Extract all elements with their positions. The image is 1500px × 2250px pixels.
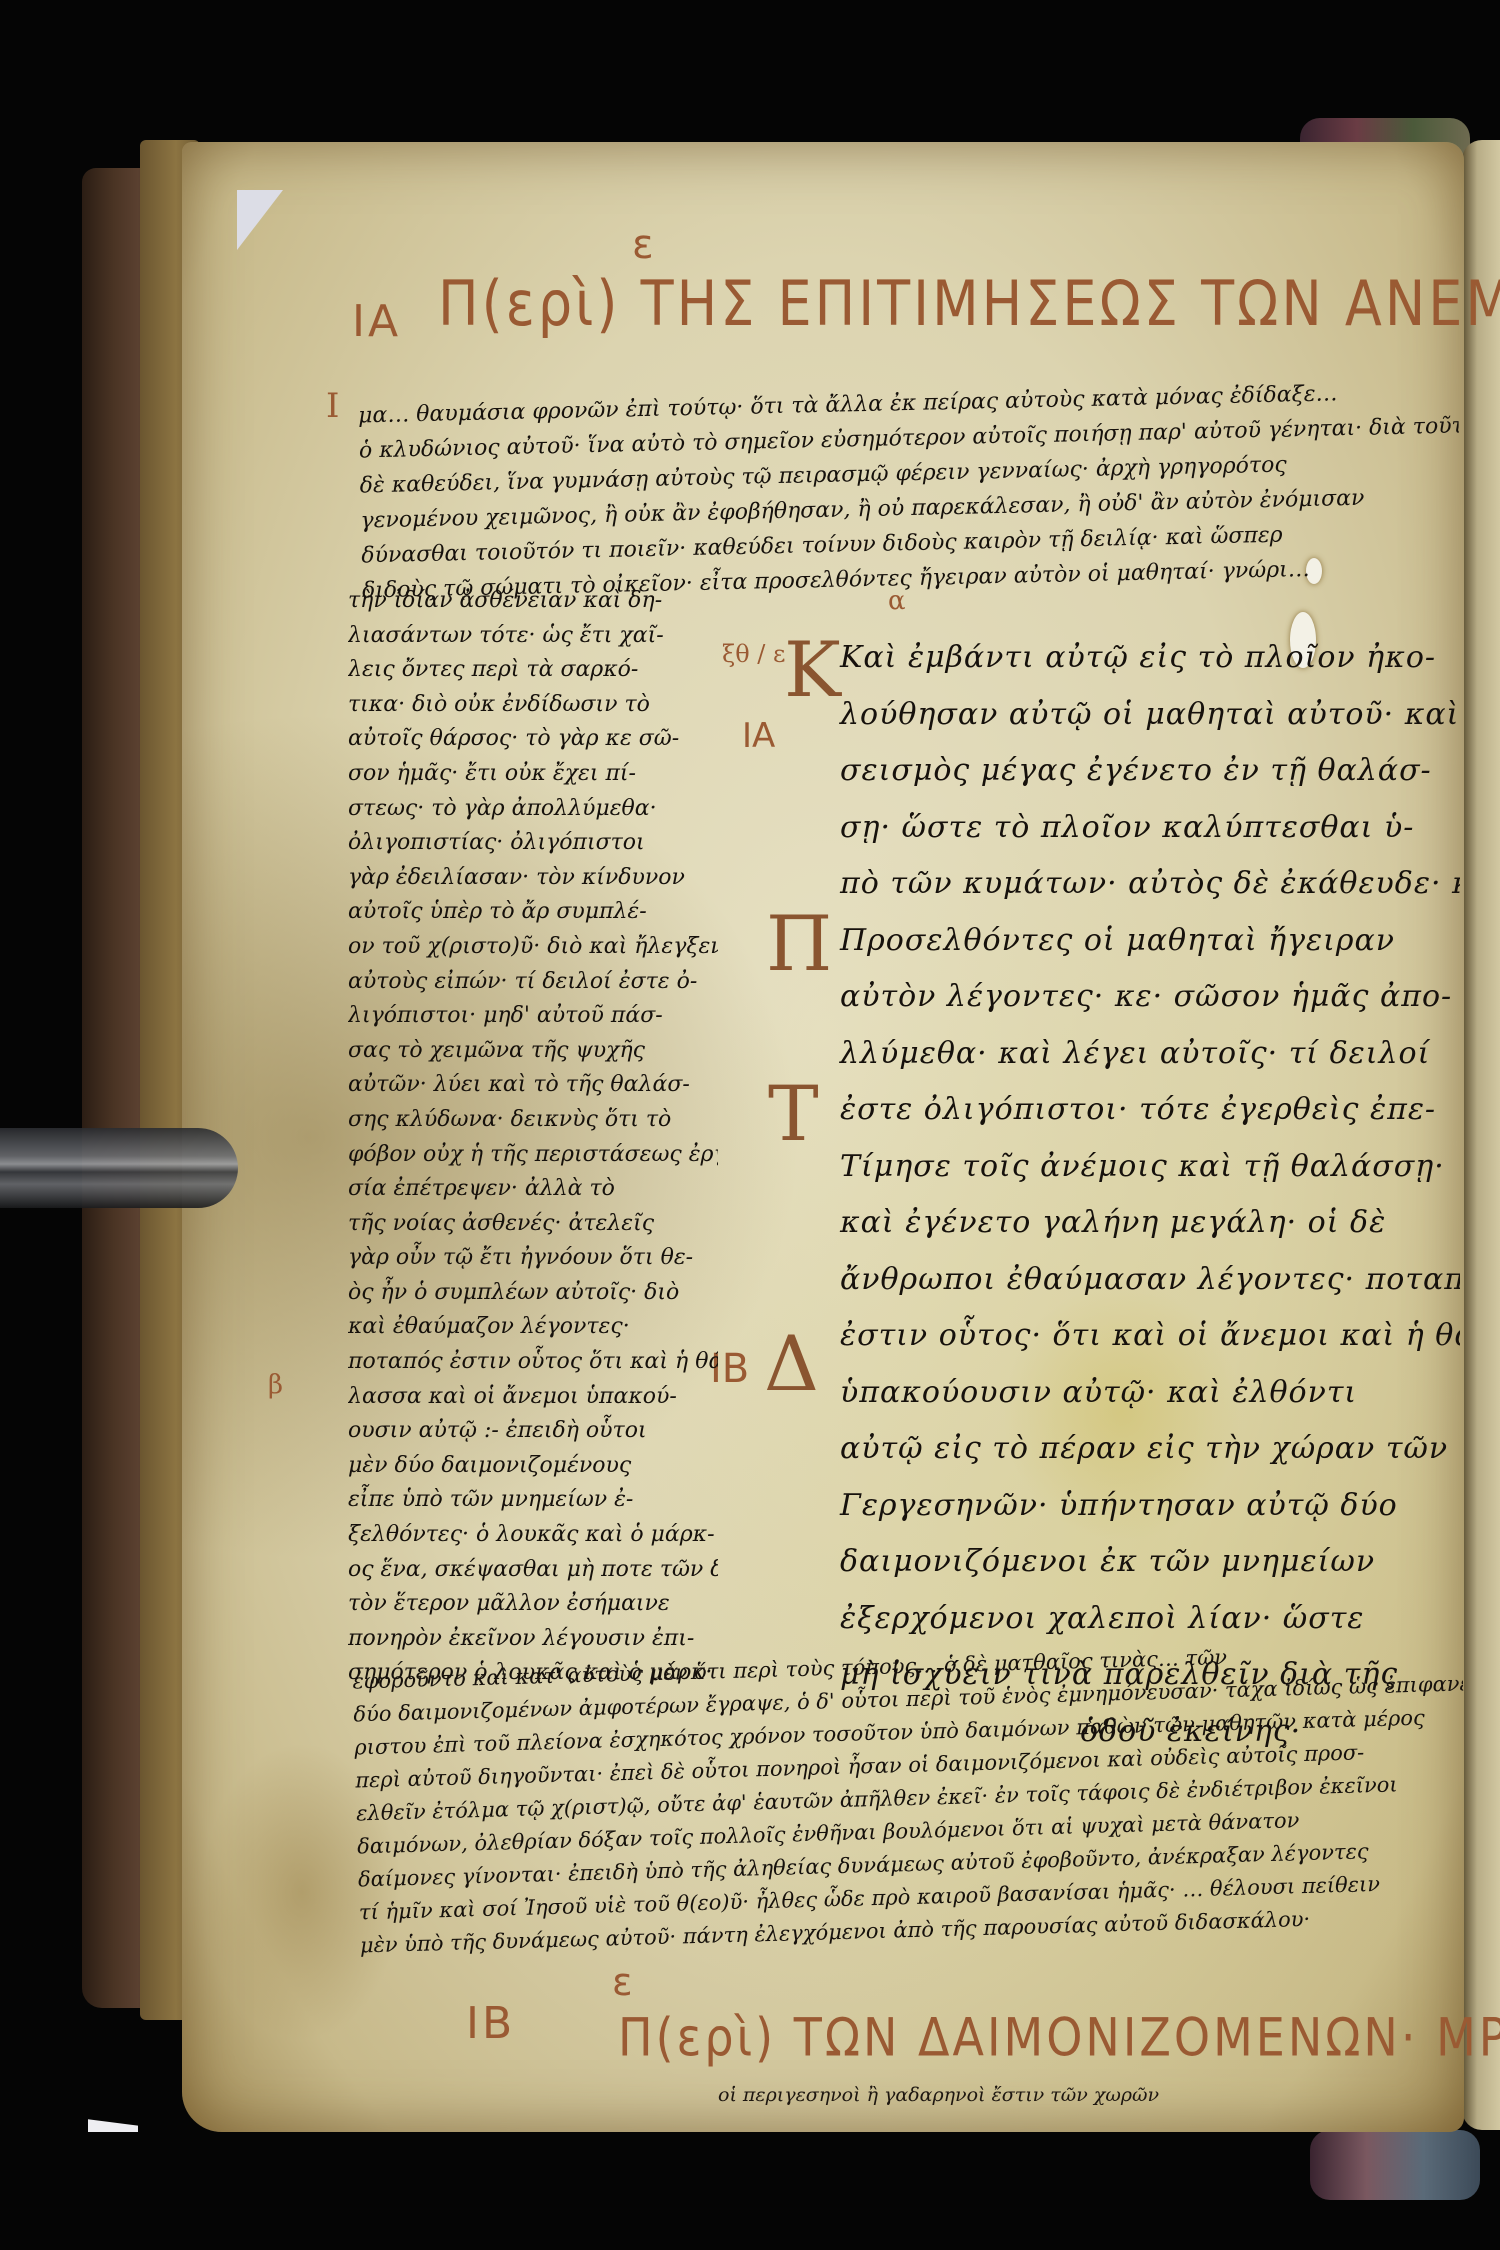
footer-annotation: οἱ περιγεσηνοὶ ἢ γαδαρηνοὶ ἔστιν τῶν χωρ… [718,2084,1159,2106]
gospel-main-text: Καὶ ἐμβάντι αὐτῷ εἰς τὸ πλοῖον ἠκο- λούθ… [790,630,1460,1760]
page-holder-rod [0,1128,238,1208]
text-line: φόβον οὐχ ἡ τῆς περιστάσεως ἐργα- [348,1138,718,1173]
text-line: γὰρ οὖν τῷ ἔτι ἠγνόουν ὅτι θε- [348,1241,718,1276]
text-line: λούθησαν αὐτῷ οἱ μαθηταὶ αὐτοῦ· καὶ ἰδοὺ [790,687,1460,744]
text-line: αὐτῷ εἰς τὸ πέραν εἰς τὴν χώραν τῶν [790,1421,1460,1478]
text-line: πὸ τῶν κυμάτων· αὐτὸς δὲ ἐκάθευδε· καὶ [790,856,1460,913]
text-line: σεισμὸς μέγας ἐγένετο ἐν τῇ θαλάσ- [790,743,1460,800]
margin-mark-top-left: Ι [326,386,339,426]
text-line: τὴν ἰδίαν ἀσθένειαν καὶ δη- [348,584,718,619]
text-line: γὰρ ἐδειλίασαν· τὸν κίνδυνον [348,861,718,896]
text-line: λεις ὄντες περὶ τὰ σαρκό- [348,653,718,688]
next-page-edge [1462,140,1500,2130]
text-line: ὸς ἦν ὁ συμπλέων αὐτοῖς· διὸ [348,1276,718,1311]
text-line: αὐτοὺς εἰπών· τί δειλοί ἐστε ὀ- [348,965,718,1000]
commentary-top-block: μα… θαυμάσια φρονῶν ἐπὶ τούτῳ· ὅτι τὰ ἄλ… [358,374,1462,609]
text-line: πονηρὸν ἐκεῖνον λέγουσιν ἐπι- [348,1622,718,1657]
section-number-footer: ΙΒ [466,1998,515,2049]
text-line: ἄνθρωποι ἐθαύμασαν λέγοντες· ποταπός [790,1252,1460,1309]
text-line: τῆς νοίας ἀσθενές· ἀτελεῖς [348,1207,718,1242]
text-line: αὐτὸν λέγοντες· κε· σῶσον ἡμᾶς ἀπο- [790,969,1460,1026]
text-line: εἶπε ὑπὸ τῶν μνημείων ἐ- [348,1483,718,1518]
text-line: σῃ· ὥστε τὸ πλοῖον καλύπτεσθαι ὑ- [790,800,1460,857]
text-line: Γεργεσηνῶν· ὑπήντησαν αὐτῷ δύο [790,1478,1460,1535]
text-line: λιασάντων τότε· ὡς ἔτι χαῖ- [348,619,718,654]
text-line: καὶ ἐθαύμαζον λέγοντες· [348,1310,718,1345]
text-line: Καὶ ἐμβάντι αὐτῷ εἰς τὸ πλοῖον ἠκο- [790,630,1460,687]
text-line: ἐστε ὀλιγόπιστοι· τότε ἐγερθεὶς ἐπε- [790,1082,1460,1139]
text-line: καὶ ἐγένετο γαλήνη μεγάλη· οἱ δὲ [790,1195,1460,1252]
text-line: σία ἐπέτρεψεν· ἀλλὰ τὸ [348,1172,718,1207]
text-line: λλύμεθα· καὶ λέγει αὐτοῖς· τί δειλοί [790,1026,1460,1083]
text-line: αὐτῶν· λύει καὶ τὸ τῆς θαλάσ- [348,1068,718,1103]
text-line: Τίμησε τοῖς ἀνέμοις καὶ τῇ θαλάσσῃ· [790,1139,1460,1196]
text-line: λασσα καὶ οἱ ἄνεμοι ὑπακού- [348,1380,718,1415]
text-line: ον τοῦ χ(ριστο)ῦ· διὸ καὶ ἤλεγξεν [348,930,718,965]
header-superscript: ε [632,222,657,268]
text-line: ποταπός ἐστιν οὗτος ὅτι καὶ ἡ θά- [348,1345,718,1380]
section-number-header: ΙΑ [352,296,401,347]
text-line: μὲν δύο δαιμονιζομένους [348,1449,718,1484]
text-line: Προσελθόντες οἱ μαθηταὶ ἤγειραν [790,913,1460,970]
text-line: δαιμονιζόμενοι ἐκ τῶν μνημείων [790,1534,1460,1591]
chapter-title-header: Π(ερὶ) ΤΗΣ ΕΠΙΤΙΜΗΣΕΩΣ ΤΩΝ ΑΝΕΜΩΝ· ΜΘ ΙΑ… [438,267,1500,339]
text-line: αὐτοῖς ὑπὲρ τὸ ἄρ συμπλέ- [348,895,718,930]
footer-superscript: ε [612,1960,636,2004]
text-line: ὑπακούουσιν αὐτῷ· καὶ ἐλθόντι [790,1365,1460,1422]
margin-mark-main-upper: ξθ / ε [722,640,785,668]
text-line: λιγόπιστοι· μηδ' αὐτοῦ πάσ- [348,999,718,1034]
text-line: ὀλιγοπιστίας· ὀλιγόπιστοι [348,826,718,861]
text-line: αὐτοῖς θάρσος· τὸ γὰρ κε σῶ- [348,722,718,757]
text-line: τὸν ἕτερον μᾶλλον ἐσήμαινε [348,1587,718,1622]
text-line: σης κλύδωνα· δεικνὺς ὅτι τὸ [348,1103,718,1138]
text-line: σας τὸ χειμῶνα τῆς ψυχῆς [348,1034,718,1069]
text-line: ξελθόντες· ὁ λουκᾶς καὶ ὁ μάρκ- [348,1518,718,1553]
commentary-bottom-block: ἐφοροῦντο καὶ κατ' αὐτοὺς μὲν ὅτι περὶ τ… [352,1635,1470,1963]
commentary-left-column: τὴν ἰδίαν ἀσθένειαν καὶ δη- λιασάντων τό… [348,584,718,1691]
headband-bottom [1310,2130,1480,2200]
text-line: σον ἡμᾶς· ἔτι οὐκ ἔχει πί- [348,757,718,792]
text-line: ος ἕνα, σκέψασθαι μὴ ποτε τῶν δύο [348,1553,718,1588]
text-line: ἐστιν οὗτος· ὅτι καὶ οἱ ἄνεμοι καὶ ἡ θάλ… [790,1308,1460,1365]
margin-mark-beta: β [268,1370,283,1400]
text-line: ουσιν αὐτῷ :- ἐπειδὴ οὗτοι [348,1414,718,1449]
chapter-title-footer: Π(ερὶ) ΤΩΝ ΔΑΙΜΟΝΙΖΟΜΕΝΩΝ· ΜΡ ΙΑ ΛΚΔ : [618,2006,1500,2068]
text-line: τικα· διὸ οὐκ ἐνδίδωσιν τὸ [348,688,718,723]
margin-mark-section-ia: ΙΑ [742,716,775,756]
text-line: στεως· τὸ γὰρ ἀπολλύμεθα· [348,792,718,827]
